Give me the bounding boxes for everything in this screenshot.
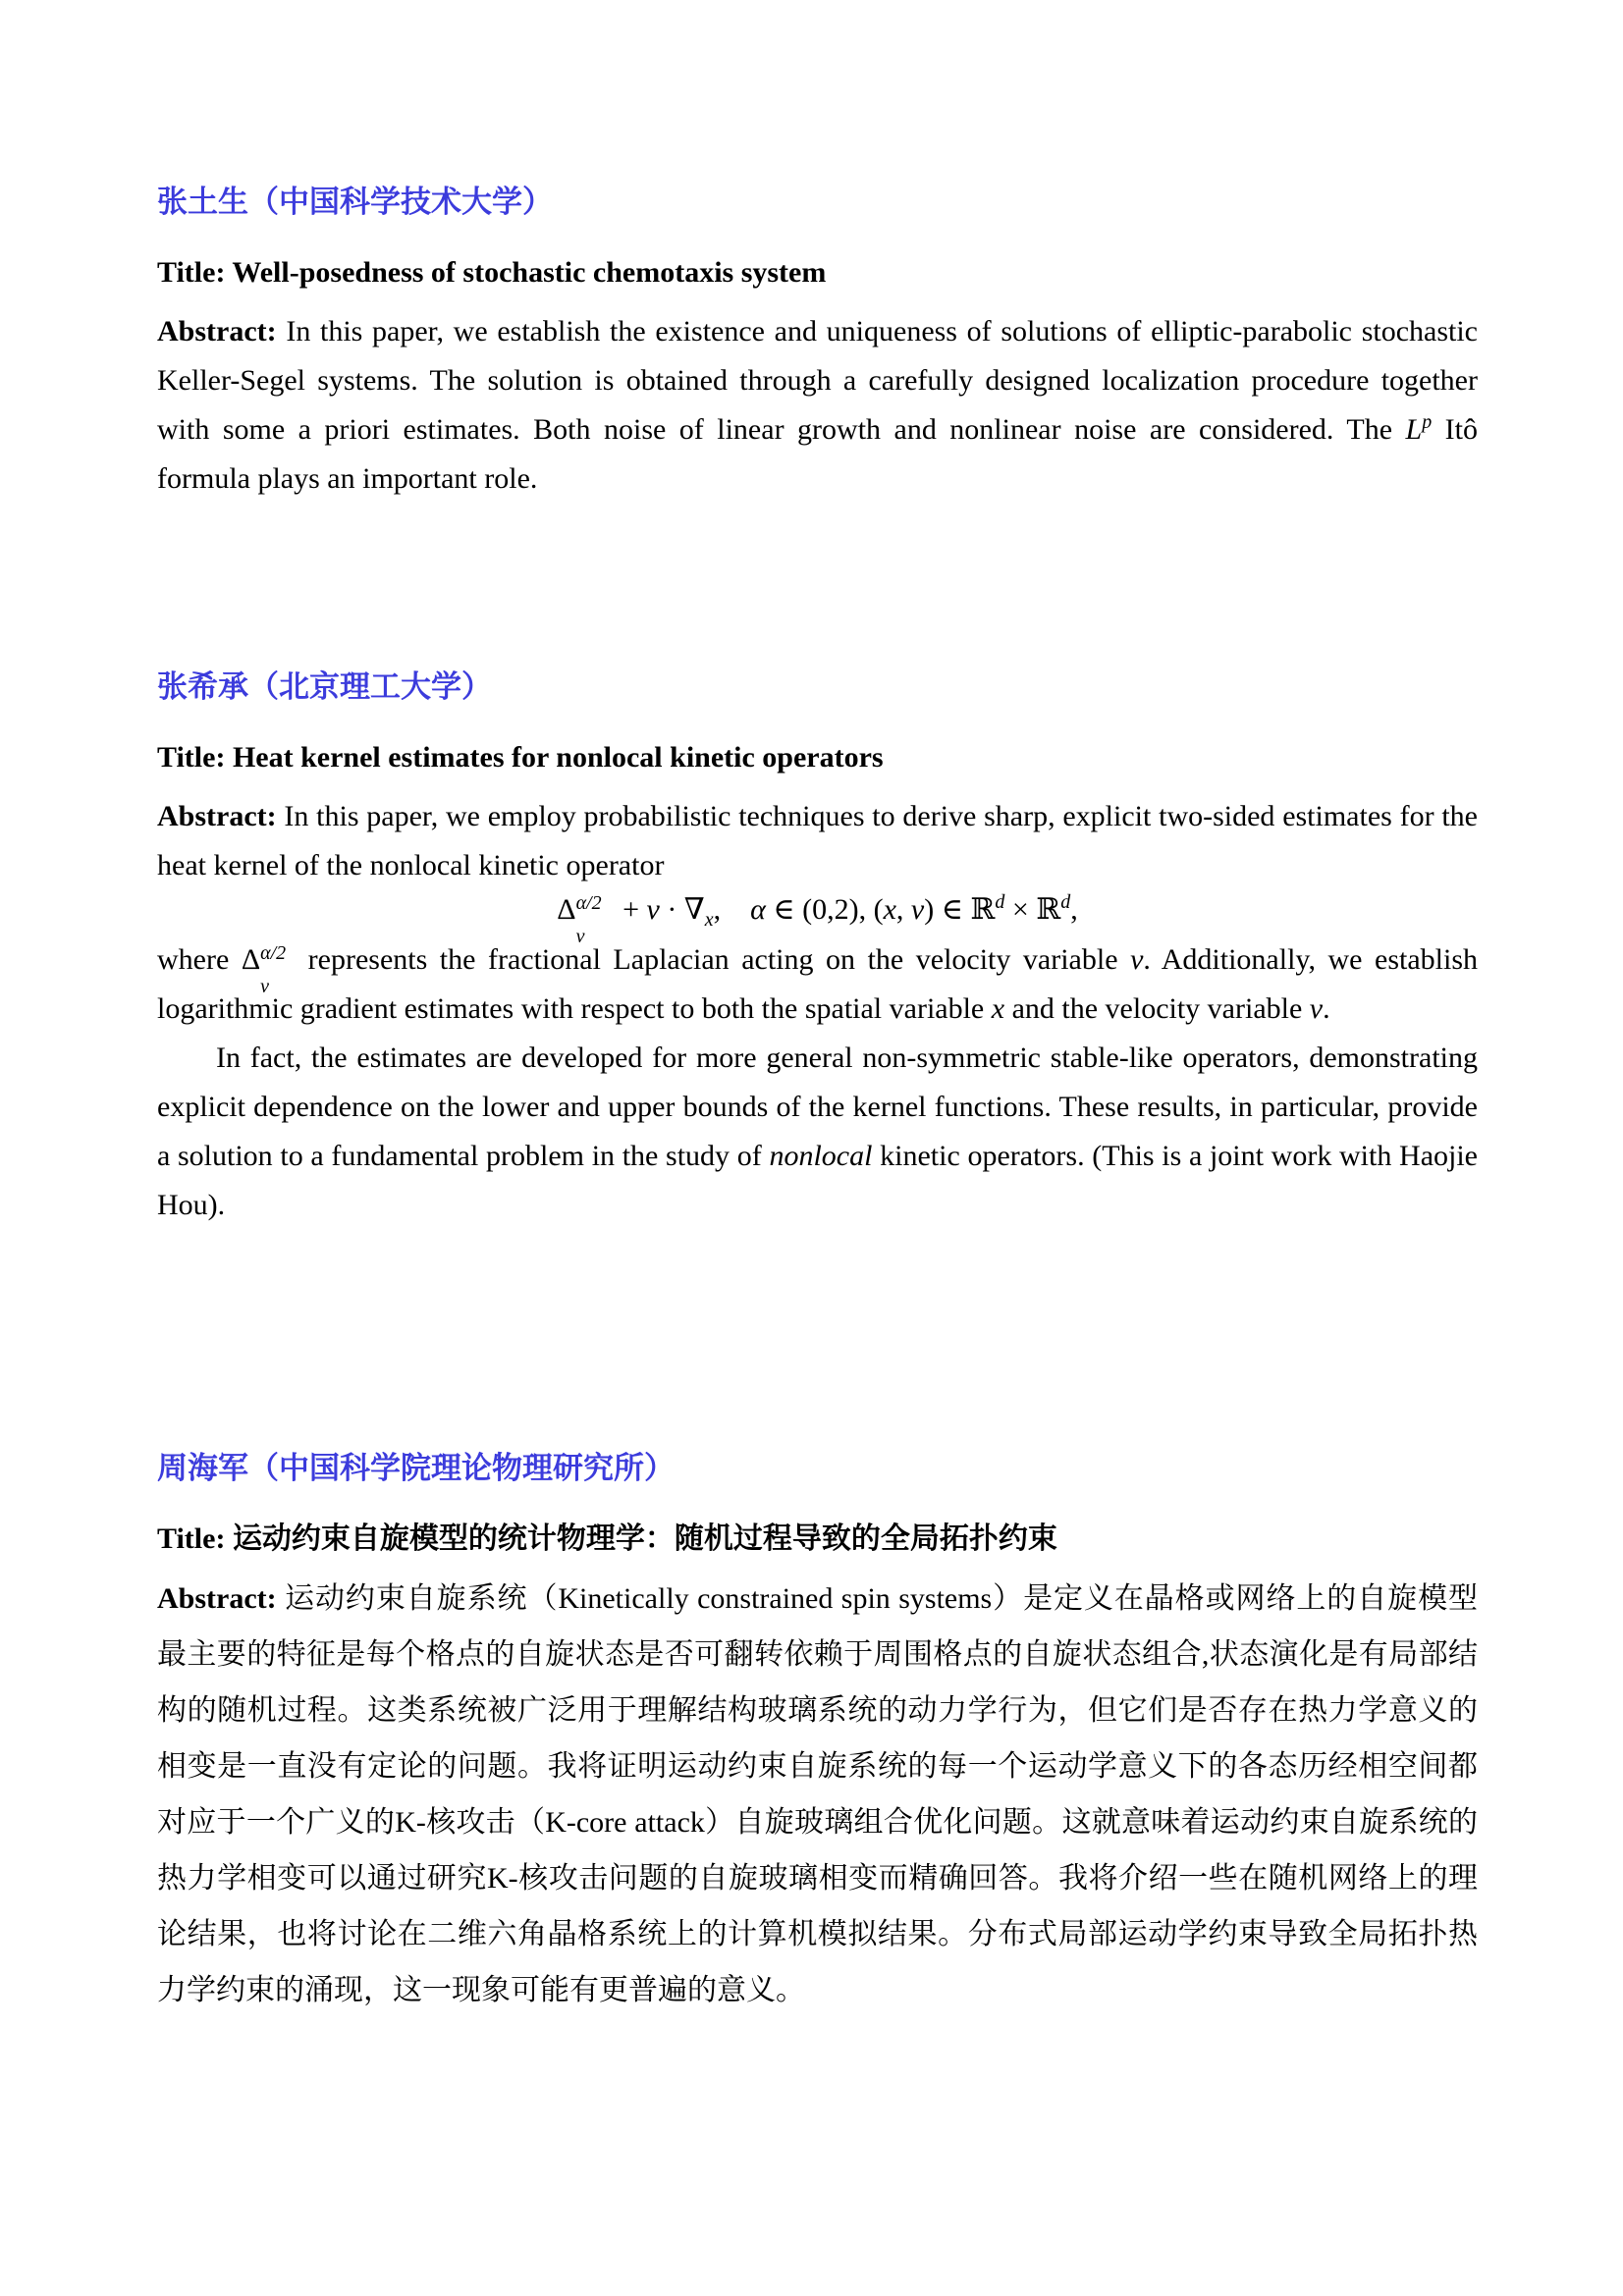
title-text: Heat kernel estimates for nonlocal kinet… xyxy=(225,741,883,774)
abstract-continuation: where Δα/2v represents the fractional La… xyxy=(157,935,1478,1034)
abstract: Abstract: 运动约束自旋系统（Kinetically constrain… xyxy=(157,1571,1478,2018)
abstract-label: Abstract: xyxy=(157,1582,277,1615)
title-text: 运动约束自旋模型的统计物理学：随机过程导致的全局拓扑约束 xyxy=(225,1522,1057,1555)
speaker-name: 张土生（中国科学技术大学） xyxy=(157,183,1478,222)
talk-entry-3: 周海军（中国科学院理论物理研究所） Title: 运动约束自旋模型的统计物理学：… xyxy=(157,1449,1478,2018)
talk-title: Title: Heat kernel estimates for nonloca… xyxy=(157,738,1478,777)
title-label: Title: xyxy=(157,741,225,774)
talk-entry-1: 张土生（中国科学技术大学） Title: Well-posedness of s… xyxy=(157,183,1478,504)
title-label: Title: xyxy=(157,256,225,289)
math-L: L xyxy=(1406,413,1423,446)
display-equation: Δα/2v + v · ∇x, α ∈ (0,2), (x, v) ∈ ℝd ×… xyxy=(157,890,1478,930)
title-label: Title: xyxy=(157,1522,225,1555)
speaker-name: 周海军（中国科学院理论物理研究所） xyxy=(157,1449,1478,1488)
emphasis: nonlocal xyxy=(769,1140,872,1172)
talk-title: Title: Well-posedness of stochastic chem… xyxy=(157,253,1478,293)
talk-entry-2: 张希承（北京理工大学） Title: Heat kernel estimates… xyxy=(157,667,1478,1230)
math-p: p xyxy=(1422,411,1432,433)
abstract-text: In this paper, we establish the existenc… xyxy=(157,315,1478,446)
abstract: Abstract: In this paper, we employ proba… xyxy=(157,792,1478,890)
abstract-text: 运动约束自旋系统（Kinetically constrained spin sy… xyxy=(157,1582,1478,2006)
abstract-label: Abstract: xyxy=(157,800,277,832)
abstract-paragraph-2: In fact, the estimates are developed for… xyxy=(157,1034,1478,1230)
title-text: Well-posedness of stochastic chemotaxis … xyxy=(225,256,826,289)
talk-title: Title: 运动约束自旋模型的统计物理学：随机过程导致的全局拓扑约束 xyxy=(157,1520,1478,1559)
abstract: Abstract: In this paper, we establish th… xyxy=(157,307,1478,504)
abstract-text: In this paper, we employ probabilistic t… xyxy=(157,800,1478,881)
speaker-name: 张希承（北京理工大学） xyxy=(157,667,1478,707)
abstract-label: Abstract: xyxy=(157,315,277,347)
